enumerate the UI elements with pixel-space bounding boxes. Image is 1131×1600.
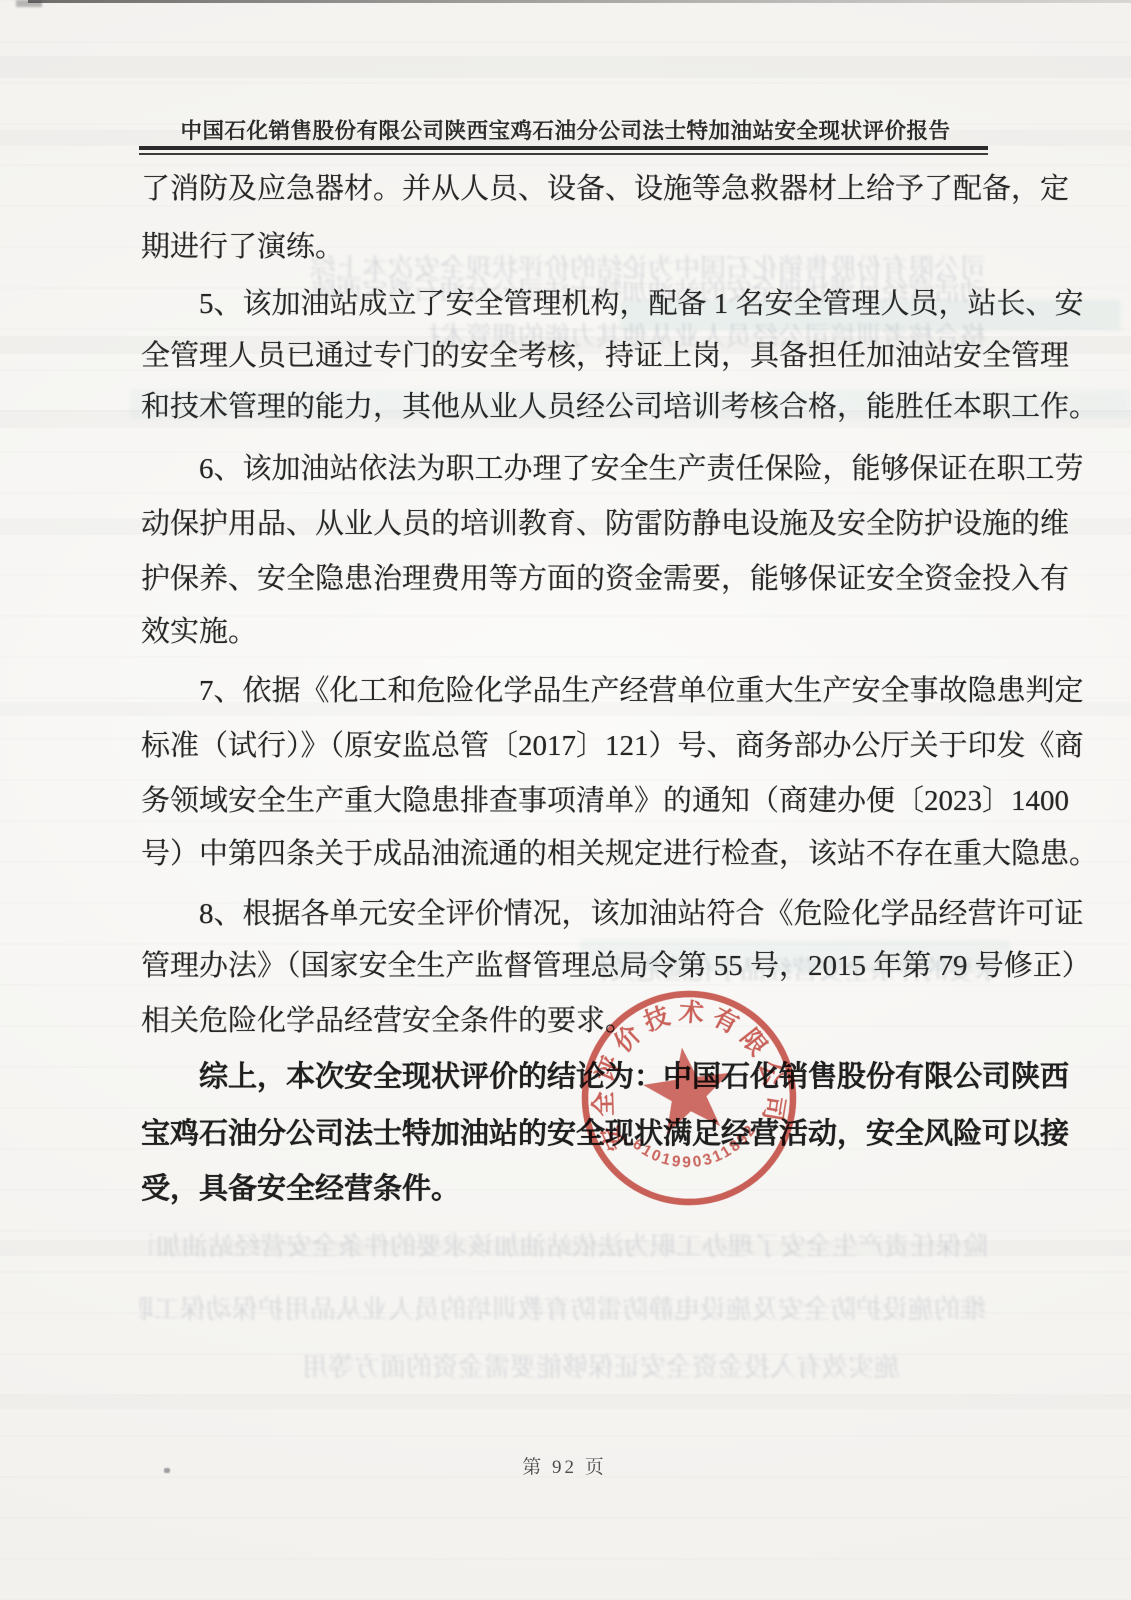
- body-text-line: 号）中第四条关于成品油流通的相关规定进行检查，该站不存在重大隐患。: [141, 831, 988, 875]
- body-text: 7、依据《化工和危险化学品生产经营单位重大生产安全事故隐患判定: [199, 668, 1084, 709]
- scan-streak: [0, 1395, 1131, 1409]
- page-number-footer: 第 92 页: [141, 1452, 988, 1479]
- body-text: 宝鸡石油分公司法士特加油站的安全现状满足经营活动，安全风险可以接: [141, 1111, 1069, 1152]
- scan-top-edge: [28, 0, 1131, 3]
- body-text-line: 6、该加油站依法为职工办理了安全生产责任保险，能够保证在职工劳: [141, 446, 1046, 490]
- body-text: 全管理人员已通过专门的安全考核，持证上岗，具备担任加油站安全管理: [141, 333, 1069, 374]
- body-text-line: 受，具备安全经营条件。: [141, 1166, 988, 1210]
- header-rule-thin: [139, 153, 988, 155]
- bleed-through-line: 施实效有入投金资全安证保够能要需金资的面方等用费理治患隐全安: [300, 1347, 900, 1384]
- body-text-line: 了消防及应急器材。并从人员、设备、设施等急救器材上给予了配备，定: [141, 166, 988, 210]
- body-text: 6、该加油站依法为职工办理了安全生产责任保险，能够保证在职工劳: [199, 446, 1084, 487]
- body-text: 期进行了演练。: [141, 224, 344, 265]
- scanned-report-page: 中国石化销售股份有限公司陕西宝鸡石油分公司法士特加油站安全现状评价报告 司公限有…: [0, 0, 1131, 1600]
- body-text: 和技术管理的能力，其他从业人员经公司培训考核合格，能胜任本职工作。: [141, 384, 1098, 425]
- body-text: 受，具备安全经营条件。: [141, 1166, 460, 1207]
- body-text: 相关危险化学品经营安全条件的要求。: [141, 998, 634, 1039]
- body-text-line: 宝鸡石油分公司法士特加油站的安全现状满足经营活动，安全风险可以接: [141, 1111, 988, 1155]
- body-text-line: 标准（试行）》（原安监总管〔2017〕121）号、商务部办公厅关于印发《商: [141, 723, 988, 767]
- body-text: 综上，本次安全现状评价的结论为：中国石化销售股份有限公司陕西: [199, 1054, 1069, 1095]
- report-header-title: 中国石化销售股份有限公司陕西宝鸡石油分公司法士特加油站安全现状评价报告: [0, 114, 1131, 145]
- body-text: 效实施。: [141, 609, 257, 650]
- scan-speck: [164, 1468, 170, 1473]
- body-text: 5、该加油站成立了安全管理机构，配备 1 名安全管理人员，站长、安: [199, 281, 1084, 322]
- body-text-line: 期进行了演练。: [141, 224, 988, 268]
- body-text: 护保养、安全隐患治理费用等方面的资金需要，能够保证安全资金投入有: [141, 556, 1069, 597]
- body-text: 号）中第四条关于成品油流通的相关规定进行检查，该站不存在重大隐患。: [141, 831, 1098, 872]
- body-text-line: 5、该加油站成立了安全管理机构，配备 1 名安全管理人员，站长、安: [141, 281, 1046, 325]
- body-text-line: 7、依据《化工和危险化学品生产经营单位重大生产安全事故隐患判定: [141, 668, 1046, 712]
- scan-streak: [0, 56, 1131, 78]
- body-text-line: 动保护用品、从业人员的培训教育、防雷防静电设施及安全防护设施的维: [141, 501, 988, 545]
- body-text-line: 8、根据各单元安全评价情况，该加油站符合《危险化学品经营许可证: [141, 891, 1046, 935]
- body-text-line: 效实施。: [141, 609, 988, 653]
- body-text-line: 和技术管理的能力，其他从业人员经公司培训考核合格，能胜任本职工作。: [141, 384, 988, 428]
- body-text: 8、根据各单元安全评价情况，该加油站符合《危险化学品经营许可证: [199, 891, 1084, 932]
- body-text-line: 护保养、安全隐患治理费用等方面的资金需要，能够保证安全资金投入有: [141, 556, 988, 600]
- scan-corner-smudge: [16, 0, 42, 7]
- body-text: 标准（试行）》（原安监总管〔2017〕121）号、商务部办公厅关于印发《商: [141, 723, 1084, 764]
- body-text-line: 管理办法》（国家安全生产监督管理总局令第 55 号，2015 年第 79 号修正…: [141, 943, 988, 987]
- body-text-line: 务领域安全生产重大隐患排查事项清单》的通知（商建办便〔2023〕1400: [141, 778, 988, 822]
- header-rule-thick: [139, 146, 988, 150]
- body-text: 管理办法》（国家安全生产监督管理总局令第 55 号，2015 年第 79 号修正…: [141, 943, 1091, 984]
- body-text: 务领域安全生产重大隐患排查事项清单》的通知（商建办便〔2023〕1400: [141, 778, 1069, 819]
- scan-streak: [0, 1240, 1131, 1256]
- body-text: 了消防及应急器材。并从人员、设备、设施等急救器材上给予了配备，定: [141, 166, 1069, 207]
- bleed-through-line: 险保任责产生全安了理办工职为法依站油加该求要的件条全安营经站油加该: [150, 1226, 988, 1263]
- body-text-line: 全管理人员已通过专门的安全考核，持证上岗，具备担任加油站安全管理: [141, 333, 988, 377]
- body-text-line: 相关危险化学品经营安全条件的要求。: [141, 998, 988, 1042]
- body-text-line: 综上，本次安全现状评价的结论为：中国石化销售股份有限公司陕西: [141, 1054, 1046, 1098]
- bleed-through-line: 维的施设护防全安及施设电静防雷防育教训培的员人业从品用护保动保工职: [140, 1289, 986, 1326]
- body-text: 动保护用品、从业人员的培训教育、防雷防静电设施及安全防护设施的维: [141, 501, 1069, 542]
